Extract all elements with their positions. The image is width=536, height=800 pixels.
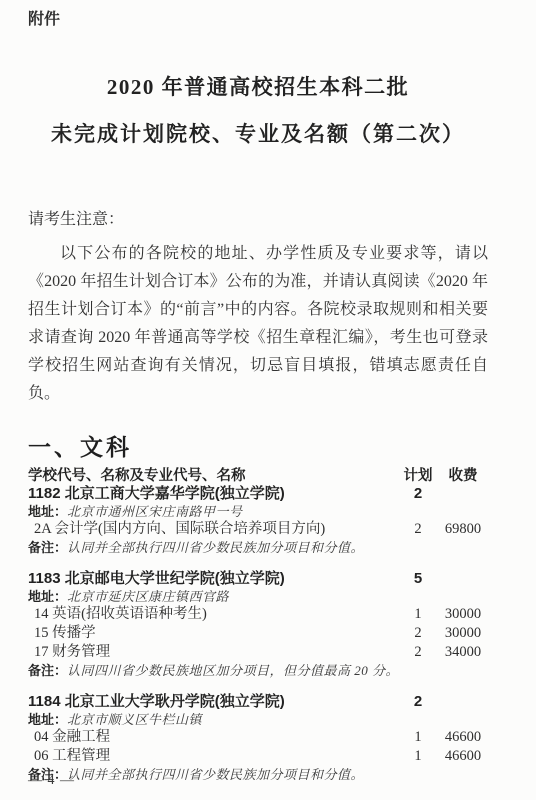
major-plan: 1: [398, 747, 438, 766]
school-group-1183: 1183 北京邮电大学世纪学院(独立学院) 5 地址： 北京市延庆区康庄镇西官路…: [28, 570, 488, 679]
note-row: 备注： 认同并全部执行四川省少数民族加分项目和分值。: [28, 539, 488, 556]
table-header-row: 学校代号、名称及专业代号、名称 计划 收费: [28, 468, 488, 485]
major-code-name: 04 金融工程: [28, 728, 398, 747]
notice-body: 以下公布的各院校的地址、办学性质及专业要求等，请以《2020 年招生计划合订本》…: [28, 240, 488, 408]
major-row: 15 传播学 2 30000: [28, 624, 488, 643]
note-label: 备注：: [28, 662, 67, 679]
column-header-plan: 计划: [398, 468, 438, 485]
page-number: — 4 —: [28, 773, 75, 789]
major-plan: 1: [398, 605, 438, 624]
note-label: 备注：: [28, 539, 67, 556]
note-text: 认同并全部执行四川省少数民族加分项目和分值。: [67, 539, 364, 556]
major-fee: 34000: [438, 643, 488, 662]
document-title: 2020 年普通高校招生本科二批 未完成计划院校、专业及名额（第二次）: [28, 74, 488, 147]
column-header-name: 学校代号、名称及专业代号、名称: [28, 468, 398, 485]
column-header-fee: 收费: [438, 468, 488, 485]
major-row: 04 金融工程 1 46600: [28, 728, 488, 747]
major-code-name: 14 英语(招收英语语种考生): [28, 605, 398, 624]
major-fee: 30000: [438, 605, 488, 624]
school-code-name: 1184 北京工业大学耿丹学院(独立学院): [28, 693, 398, 711]
address-row: 地址： 北京市通州区宋庄南路甲一号: [28, 503, 488, 520]
school-code-name: 1182 北京工商大学嘉华学院(独立学院): [28, 485, 398, 503]
address-text: 北京市顺义区牛栏山镇: [67, 711, 202, 728]
major-row: 14 英语(招收英语语种考生) 1 30000: [28, 605, 488, 624]
address-text: 北京市延庆区康庄镇西官路: [67, 588, 229, 605]
address-text: 北京市通州区宋庄南路甲一号: [67, 503, 243, 520]
major-row: 17 财务管理 2 34000: [28, 643, 488, 662]
attachment-label: 附件: [28, 10, 488, 30]
major-row: 06 工程管理 1 46600: [28, 747, 488, 766]
major-fee: 30000: [438, 624, 488, 643]
note-text: 认同四川省少数民族地区加分项目，但分值最高 20 分。: [67, 662, 399, 679]
notice-heading: 请考生注意：: [28, 211, 488, 229]
major-code-name: 06 工程管理: [28, 747, 398, 766]
note-text: 认同并全部执行四川省少数民族加分项目和分值。: [67, 766, 364, 783]
address-row: 地址： 北京市顺义区牛栏山镇: [28, 711, 488, 728]
major-plan: 2: [398, 643, 438, 662]
major-row: 2A 会计学(国内方向、国际联合培养项目方向) 2 69800: [28, 520, 488, 539]
note-row: 备注： 认同四川省少数民族地区加分项目，但分值最高 20 分。: [28, 662, 488, 679]
school-group-1184: 1184 北京工业大学耿丹学院(独立学院) 2 地址： 北京市顺义区牛栏山镇 0…: [28, 693, 488, 783]
major-plan: 1: [398, 728, 438, 747]
major-fee: 46600: [438, 728, 488, 747]
school-plan-total: 2: [398, 693, 438, 711]
school-plan-total: 5: [398, 570, 438, 588]
major-code-name: 17 财务管理: [28, 643, 398, 662]
school-row: 1183 北京邮电大学世纪学院(独立学院) 5: [28, 570, 488, 588]
school-code-name: 1183 北京邮电大学世纪学院(独立学院): [28, 570, 398, 588]
document-title-line2: 未完成计划院校、专业及名额（第二次）: [28, 121, 488, 147]
school-row: 1182 北京工商大学嘉华学院(独立学院) 2: [28, 485, 488, 503]
address-label: 地址：: [28, 503, 67, 520]
address-row: 地址： 北京市延庆区康庄镇西官路: [28, 588, 488, 605]
school-group-1182: 1182 北京工商大学嘉华学院(独立学院) 2 地址： 北京市通州区宋庄南路甲一…: [28, 485, 488, 556]
note-row: 备注： 认同并全部执行四川省少数民族加分项目和分值。: [28, 766, 488, 783]
address-label: 地址：: [28, 588, 67, 605]
school-plan-total: 2: [398, 485, 438, 503]
major-code-name: 15 传播学: [28, 624, 398, 643]
address-label: 地址：: [28, 711, 67, 728]
major-plan: 2: [398, 520, 438, 539]
major-code-name: 2A 会计学(国内方向、国际联合培养项目方向): [28, 520, 398, 539]
major-fee: 46600: [438, 747, 488, 766]
schools-table: 学校代号、名称及专业代号、名称 计划 收费 1182 北京工商大学嘉华学院(独立…: [28, 468, 488, 783]
major-fee: 69800: [438, 520, 488, 539]
major-plan: 2: [398, 624, 438, 643]
document-page: 附件 2020 年普通高校招生本科二批 未完成计划院校、专业及名额（第二次） 请…: [0, 0, 536, 800]
section-heading-liberal-arts: 一、文科: [28, 434, 488, 460]
document-title-line1: 2020 年普通高校招生本科二批: [28, 74, 488, 100]
school-row: 1184 北京工业大学耿丹学院(独立学院) 2: [28, 693, 488, 711]
